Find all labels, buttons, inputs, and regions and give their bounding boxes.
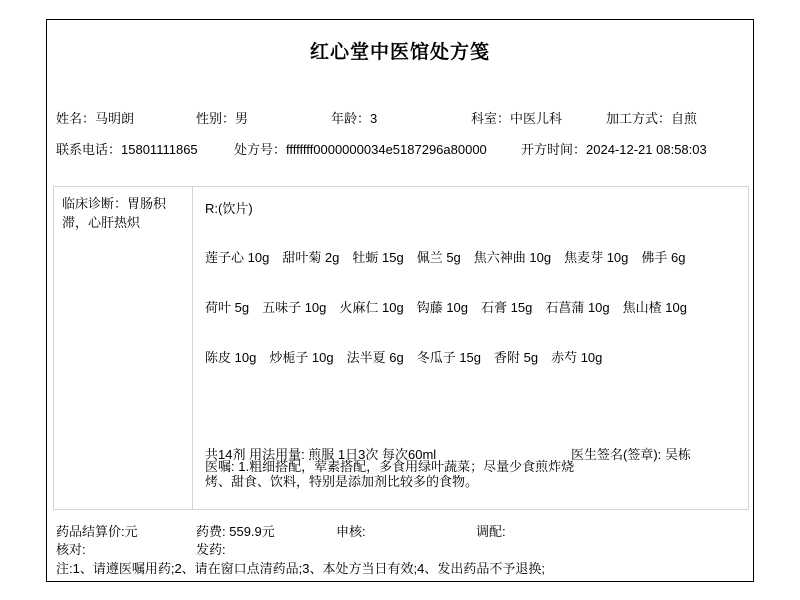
herb-item: 甜叶菊 2g <box>282 250 339 265</box>
field-gender-label: 性别： <box>196 111 235 126</box>
clinical-diagnosis: 临床诊断：胃肠积滞，心肝热炽 <box>54 187 193 509</box>
herb-item: 法半夏 6g <box>347 350 404 365</box>
field-prescription-number-value: ffffffff0000000034e5187296a80000 <box>286 142 487 157</box>
clinical-diagnosis-label: 临床诊断： <box>62 196 127 211</box>
field-phone-label: 联系电话： <box>56 142 121 157</box>
herb-item: 石膏 15g <box>481 300 532 315</box>
herb-item: 佩兰 5g <box>417 250 461 265</box>
prescription-sheet: 红心堂中医馆处方笺 姓名：马明朗 性别：男 年龄：3 科室：中医儿科 加工方式：… <box>46 19 754 582</box>
field-dispense-prep: 调配: <box>476 521 506 540</box>
doctor-signature-value: 吴栋 <box>665 447 691 462</box>
herb-item: 陈皮 10g <box>205 350 256 365</box>
herb-item: 牡蛎 15g <box>352 250 403 265</box>
herb-item: 冬瓜子 15g <box>417 350 481 365</box>
field-age-value: 3 <box>370 111 377 126</box>
field-prescription-time-value: 2024-12-21 08:58:03 <box>586 142 707 157</box>
herb-item: 焦六神曲 10g <box>474 250 551 265</box>
field-medicine-fee-value: 559.9元 <box>229 524 275 539</box>
field-issue-label: 发药: <box>196 542 226 557</box>
field-department-value: 中医儿科 <box>510 111 562 126</box>
field-processing-method: 加工方式：自煎 <box>606 108 697 127</box>
field-prescription-number-label: 处方号： <box>234 142 286 157</box>
page-title: 红心堂中医馆处方笺 <box>47 37 753 64</box>
field-settlement-price: 药品结算价:元 <box>56 521 138 540</box>
field-prescription-time-label: 开方时间： <box>521 142 586 157</box>
field-age-label: 年龄： <box>331 111 370 126</box>
herb-item: 炒栀子 10g <box>269 350 333 365</box>
field-department: 科室：中医儿科 <box>471 108 562 127</box>
herb-line: 陈皮 10g炒栀子 10g法半夏 6g冬瓜子 15g香附 5g赤芍 10g <box>205 347 615 366</box>
field-age: 年龄：3 <box>331 108 377 127</box>
field-dispense-prep-label: 调配: <box>476 524 506 539</box>
footer-note: 注:1、请遵医嘱用药;2、请在窗口点清药品;3、本处方当日有效;4、发出药品不予… <box>56 558 545 577</box>
herb-item: 荷叶 5g <box>205 300 249 315</box>
field-phone-value: 15801111865 <box>121 142 198 157</box>
herb-item: 五味子 10g <box>262 300 326 315</box>
herb-line: 荷叶 5g五味子 10g火麻仁 10g钩藤 10g石膏 15g石菖蒲 10g焦山… <box>205 297 700 316</box>
field-processing-method-label: 加工方式： <box>606 111 671 126</box>
herb-item: 赤芍 10g <box>551 350 602 365</box>
prescription-box: 临床诊断：胃肠积滞，心肝热炽 R:(饮片) 莲子心 10g甜叶菊 2g牡蛎 15… <box>53 186 749 510</box>
herb-line: 莲子心 10g甜叶菊 2g牡蛎 15g佩兰 5g焦六神曲 10g焦麦芽 10g佛… <box>205 247 698 266</box>
doctor-advice: 医嘱: 1.粗细搭配，荤素搭配，多食用绿叶蔬菜；尽量少食煎炸烧烤、甜食、饮料，特… <box>205 459 589 489</box>
field-processing-method-value: 自煎 <box>671 111 697 126</box>
field-gender-value: 男 <box>235 111 248 126</box>
herb-item: 莲子心 10g <box>205 250 269 265</box>
herb-item: 钩藤 10g <box>417 300 468 315</box>
field-medicine-fee: 药费: 559.9元 <box>196 521 275 540</box>
field-check-label: 核对: <box>56 542 86 557</box>
field-review: 申核: <box>336 521 366 540</box>
field-check: 核对: <box>56 539 86 558</box>
field-review-label: 申核: <box>336 524 366 539</box>
herb-item: 火麻仁 10g <box>339 300 403 315</box>
prescription-content: R:(饮片) 莲子心 10g甜叶菊 2g牡蛎 15g佩兰 5g焦六神曲 10g焦… <box>193 187 748 509</box>
field-prescription-number: 处方号：ffffffff0000000034e5187296a80000 <box>234 139 487 158</box>
rx-header: R:(饮片) <box>205 198 253 217</box>
field-gender: 性别：男 <box>196 108 248 127</box>
herb-item: 香附 5g <box>494 350 538 365</box>
herb-item: 焦山楂 10g <box>623 300 687 315</box>
field-settlement-price-label: 药品结算价: <box>56 524 125 539</box>
field-medicine-fee-label: 药费: <box>196 524 229 539</box>
field-settlement-price-value: 元 <box>125 524 138 539</box>
field-issue: 发药: <box>196 539 226 558</box>
herb-item: 焦麦芽 10g <box>564 250 628 265</box>
field-phone: 联系电话：15801111865 <box>56 139 198 158</box>
herb-item: 佛手 6g <box>641 250 685 265</box>
field-prescription-time: 开方时间：2024-12-21 08:58:03 <box>521 139 707 158</box>
field-name-label: 姓名： <box>56 111 95 126</box>
herb-item: 石菖蒲 10g <box>545 300 609 315</box>
field-name: 姓名：马明朗 <box>56 108 134 127</box>
field-name-value: 马明朗 <box>95 111 134 126</box>
field-department-label: 科室： <box>471 111 510 126</box>
